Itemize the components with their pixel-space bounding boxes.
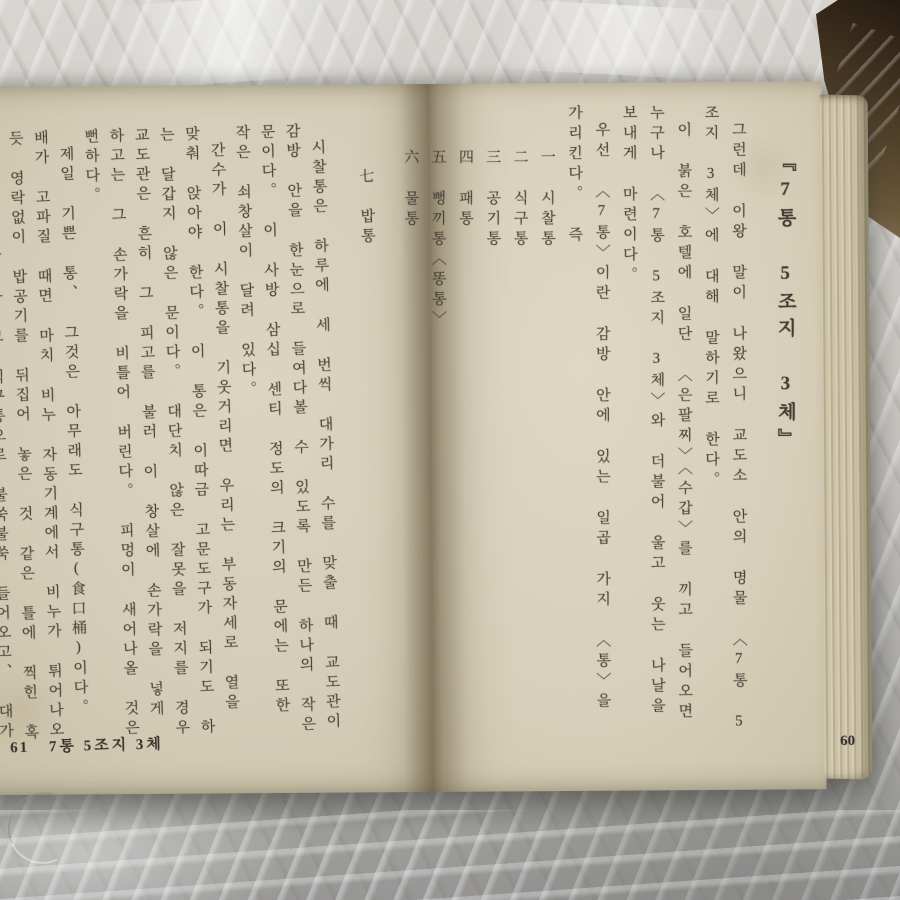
plastic-highlight-top-right (428, 0, 851, 87)
plastic-highlight-top-left (58, 0, 583, 94)
paragraph: 우선 〈7통〉이란 감방 안에 있는 일곱 가지 〈통〉을 가리킨다。 즉 (560, 105, 616, 751)
left-page-number: 61 (10, 740, 29, 756)
left-page-footer: 61 7통 5조지 3체 (10, 732, 164, 757)
page-edge-stack (820, 95, 873, 780)
running-title: 7통 5조지 3체 (49, 736, 164, 755)
numbered-list: 一 시찰통 二 식구통 三 공기통 四 패통 五 뻥끼통〈똥통〉 六 물통 (396, 105, 561, 751)
paragraph: 그런데 이왕 말이 나왔으니 교도소 안의 명물 〈7통 5조지 3체〉에 대해… (696, 104, 752, 750)
list-item: 二 식구통 (505, 105, 533, 751)
list-item: 五 뻥끼통〈똥통〉 (423, 105, 451, 751)
list-item: 一 시찰통 (532, 105, 560, 751)
right-page-number: 60 (840, 733, 855, 750)
paragraph: 시찰통은 하루에 세 번씩 대가리 수를 맞출 때 교도관이 감방 안을 한눈으… (228, 122, 345, 742)
plastic-crease-mark (0, 782, 88, 874)
right-page-text: 『7통 5조지 3체』 그런데 이왕 말이 나왔으니 교도소 안의 명물 〈7통… (453, 104, 802, 751)
paragraph: 간수가 이 시찰통을 기웃거리면 우리는 부동자세로 열을 맞춰 앉아야 한다。… (77, 125, 244, 747)
photo-of-book-on-plastic: 『7통 5조지 3체』 그런데 이왕 말이 나왔으니 교도소 안의 명물 〈7통… (0, 0, 900, 900)
chapter-title: 『7통 5조지 3체』 (767, 104, 803, 750)
list-item: 三 공기통 (478, 105, 506, 751)
list-item: 四 패통 (451, 105, 479, 751)
paragraph: 제일 기쁜 통、 그것은 아무래도 식구통(食口桶)이다。 배가 고파질 때면 … (0, 129, 93, 750)
paragraph: 이 붉은 호텔에 일단 〈은팔찌〉〈수갑〉를 끼고 들어오면 누구나 〈7통 5… (614, 104, 697, 750)
plastic-folds-bottom (0, 810, 900, 900)
left-page-text: 七 밥통 시찰통은 하루에 세 번씩 대가리 수를 맞출 때 교도관이 감방 안… (4, 121, 392, 749)
list-item: 六 물통 (396, 105, 424, 751)
open-book: 『7통 5조지 3체』 그런데 이왕 말이 나왔으니 교도소 안의 명물 〈7통… (0, 81, 892, 795)
